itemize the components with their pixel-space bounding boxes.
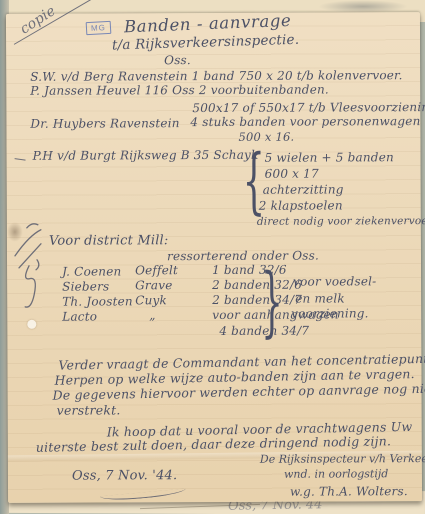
request-line-continuation: 500x17 of 550x17 t/b Vleesvoorziening <box>192 101 425 115</box>
brace-item: 600 x 17 <box>265 168 319 181</box>
brace-item: achterzitting <box>263 183 344 197</box>
scanned-letter-photo: Oss, 7 Nov. 44 copie MG Banden - aanvrag… <box>0 0 425 514</box>
mill-row-name: J. Coenen <box>62 265 121 278</box>
dateline: Oss, 7 Nov. '44. <box>72 469 177 484</box>
request-line: S.W. v/d Berg Ravenstein 1 band 750 x 20… <box>30 69 403 84</box>
urgency-note: direct nodig voor ziekenvervoer <box>257 216 425 228</box>
request-line: Dr. Huybers Ravenstein <box>30 117 179 131</box>
signoff-function: De Rijksinspecteur v/h Verkeer <box>260 453 425 466</box>
margin-tick <box>15 158 26 160</box>
addressee-city: Oss. <box>164 54 191 67</box>
paragraph-line: verstrekt. <box>57 403 121 417</box>
mill-subheading: ressorterend onder Oss. <box>167 250 319 264</box>
mg-stamp: MG <box>86 21 112 35</box>
signoff-wartime-note: wnd. in oorlogstijd <box>284 468 388 481</box>
request-line-detail: 4 stuks banden voor personenwagen <box>190 115 420 129</box>
brace-note-line: voor voedsel- <box>293 275 376 289</box>
letter-sheet: copie MG Banden - aanvrage t/a Rijksverk… <box>6 12 422 503</box>
top-shadow <box>318 0 408 13</box>
signature: w.g. Th.A. Wolters. <box>290 485 408 499</box>
brace-note-line: voorziening. <box>291 307 368 321</box>
mill-heading: Voor district Mill: <box>49 234 169 249</box>
request-line: P.H v/d Burgt Rijksweg B 35 Schayk <box>33 149 259 163</box>
mill-row-place: „ <box>149 309 155 322</box>
date-underline-flourish <box>100 488 186 502</box>
mill-row-name: Th. Joosten <box>62 295 133 308</box>
brace-item: 2 klapstoelen <box>259 199 343 213</box>
brace-note-line: en melk <box>295 292 345 305</box>
mill-row-name: Lacto <box>62 311 97 324</box>
mill-row-place: Grave <box>135 279 172 292</box>
addressee-line: t/a Rijksverkeersinspectie. <box>112 33 300 54</box>
mill-row-place: Cuyk <box>135 294 167 307</box>
mill-row-detail: 2 banden 32/6 <box>212 279 302 293</box>
brace-item: 5 wielen + 5 banden <box>265 151 394 165</box>
mill-row-detail: 2 banden 34/7 <box>212 294 302 308</box>
request-line: P. Janssen Heuvel 116 Oss 2 voorbuitenba… <box>30 83 329 97</box>
mill-row-place: Oeffelt <box>135 264 178 277</box>
mill-row-name: Siebers <box>62 280 109 293</box>
closing-brace: } <box>261 265 283 341</box>
